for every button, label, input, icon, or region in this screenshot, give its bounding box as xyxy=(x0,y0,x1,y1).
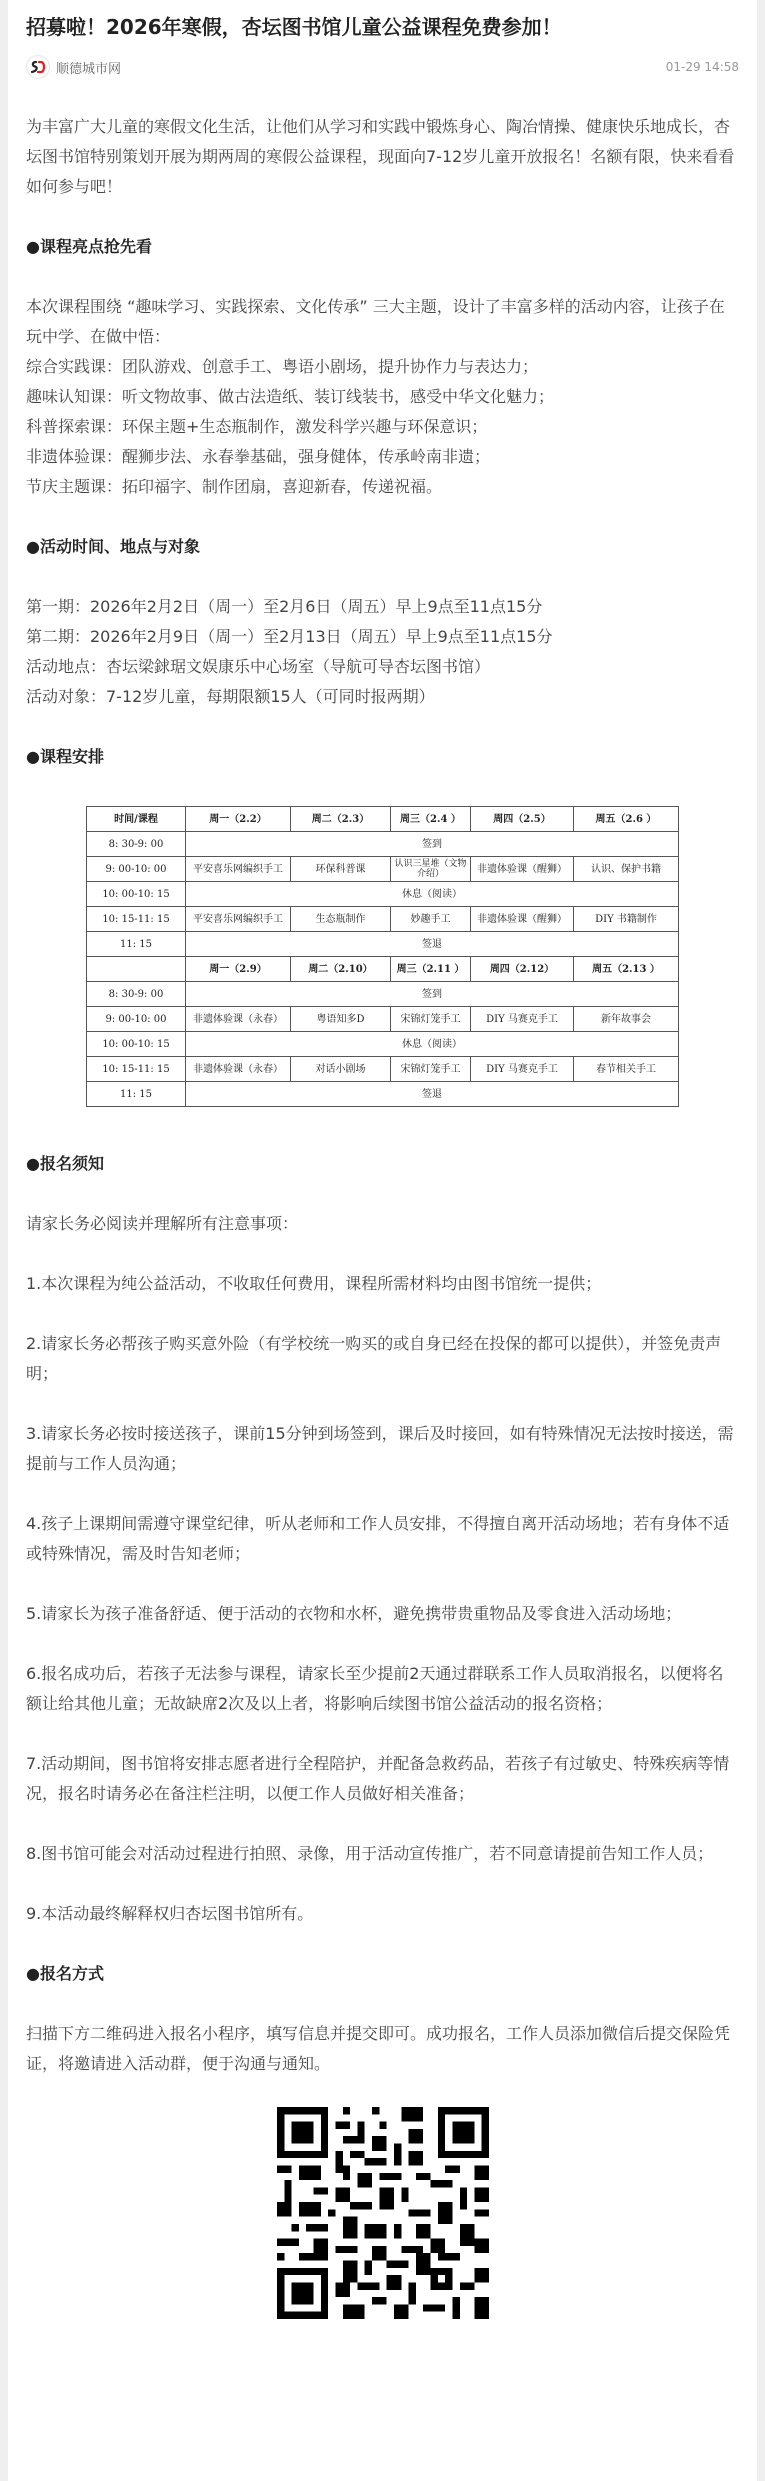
course-cell: 非遗体验课（永春） xyxy=(186,1007,291,1032)
time-place-item: 第一期：2026年2月2日（周一）至2月6日（周五）早上9点至11点15分 xyxy=(26,592,739,622)
table-header-row: 周一（2.9） 周二（2.10） 周三（2.11 ） 周四（2.12） 周五（2… xyxy=(87,957,679,982)
article-card: 招募啦！2026年寒假，杏坛图书馆儿童公益课程免费参加！ 顺德城市网 01-29… xyxy=(8,0,757,2481)
time-cell: 11: 15 xyxy=(87,932,186,957)
notice-item: 8.图书馆可能会对活动过程进行拍照、录像，用于活动宣传推广，若不同意请提前告知工… xyxy=(26,1839,739,1869)
table-row: 11: 15 签退 xyxy=(87,1082,679,1107)
schedule-table: 时间/课程 周一（2.2） 周二（2.3） 周三（2.4 ） 周四（2.5） 周… xyxy=(86,806,679,1107)
section-heading-highlights: ●课程亮点抢先看 xyxy=(26,232,739,262)
course-cell: 生态瓶制作 xyxy=(291,907,391,932)
course-cell: DIY 马赛克手工 xyxy=(471,1057,574,1082)
table-header-cell: 周二（2.10） xyxy=(291,957,391,982)
notice-item: 4.孩子上课期间需遵守课堂纪律，听从老师和工作人员安排，不得擅自离开活动场地；若… xyxy=(26,1509,739,1569)
course-cell: DIY 马赛克手工 xyxy=(471,1007,574,1032)
table-header-cell: 周四（2.12） xyxy=(471,957,574,982)
article-meta: 顺德城市网 01-29 14:58 xyxy=(26,52,739,82)
span-cell: 签到 xyxy=(186,832,679,857)
time-cell: 10: 15-11: 15 xyxy=(87,907,186,932)
highlight-item: 非遗体验课：醒狮步法、永春拳基础，强身健体，传承岭南非遗； xyxy=(26,442,739,472)
table-row: 10: 00-10: 15 休息（阅读） xyxy=(87,1032,679,1057)
section-heading-notice: ●报名须知 xyxy=(26,1149,739,1179)
course-cell: 春节相关手工 xyxy=(574,1057,679,1082)
table-header-cell: 周一（2.2） xyxy=(186,807,291,832)
time-cell: 9: 00-10: 00 xyxy=(87,857,186,882)
table-row: 9: 00-10: 00 平安喜乐网编织手工 环保科普课 认识三星堆（文物介绍）… xyxy=(87,857,679,882)
table-header-cell: 周五（2.13 ） xyxy=(574,957,679,982)
course-cell: 宋锦灯笼手工 xyxy=(391,1057,471,1082)
span-cell: 休息（阅读） xyxy=(186,1032,679,1057)
publish-time: 01-29 14:58 xyxy=(666,60,739,74)
course-cell: 新年故事会 xyxy=(574,1007,679,1032)
table-header-cell: 周二（2.3） xyxy=(291,807,391,832)
table-row: 11: 15 签退 xyxy=(87,932,679,957)
notice-lead: 请家长务必阅读并理解所有注意事项： xyxy=(26,1209,739,1239)
course-cell: 非遗体验课（永春） xyxy=(186,1057,291,1082)
highlight-item: 趣味认知课：听文物故事、做古法造纸、装订线装书，感受中华文化魅力； xyxy=(26,382,739,412)
course-cell: 粤语知多D xyxy=(291,1007,391,1032)
time-cell: 11: 15 xyxy=(87,1082,186,1107)
signup-text: 扫描下方二维码进入报名小程序，填写信息并提交即可。成功报名，工作人员添加微信后提… xyxy=(26,2019,739,2079)
time-place-item: 活动对象：7-12岁儿童，每期限额15人（可同时报两期） xyxy=(26,682,739,712)
time-place-item: 活动地点：杏坛梁銶琚文娱康乐中心场室（导航可导杏坛图书馆） xyxy=(26,652,739,682)
notice-item: 9.本活动最终解释权归杏坛图书馆所有。 xyxy=(26,1899,739,1929)
highlights-lead: 本次课程围绕 “趣味学习、实践探索、文化传承” 三大主题，设计了丰富多样的活动内… xyxy=(26,292,739,352)
course-cell: 宋锦灯笼手工 xyxy=(391,1007,471,1032)
time-cell: 9: 00-10: 00 xyxy=(87,1007,186,1032)
intro-paragraph: 为丰富广大儿童的寒假文化生活，让他们从学习和实践中锻炼身心、陶冶情操、健康快乐地… xyxy=(26,112,739,202)
course-cell: 认识、保护书籍 xyxy=(574,857,679,882)
course-cell: 对话小剧场 xyxy=(291,1057,391,1082)
table-header-cell: 周一（2.9） xyxy=(186,957,291,982)
span-cell: 签到 xyxy=(186,982,679,1007)
course-cell: 非遗体验课（醒狮） xyxy=(471,857,574,882)
table-row: 10: 00-10: 15 休息（阅读） xyxy=(87,882,679,907)
table-header-row: 时间/课程 周一（2.2） 周二（2.3） 周三（2.4 ） 周四（2.5） 周… xyxy=(87,807,679,832)
notice-item: 6.报名成功后，若孩子无法参与课程，请家长至少提前2天通过群联系工作人员取消报名… xyxy=(26,1659,739,1719)
table-header-cell: 时间/课程 xyxy=(87,807,186,832)
table-header-cell: 周五（2.6 ） xyxy=(574,807,679,832)
table-row: 10: 15-11: 15 非遗体验课（永春） 对话小剧场 宋锦灯笼手工 DIY… xyxy=(87,1057,679,1082)
article-title: 招募啦！2026年寒假，杏坛图书馆儿童公益课程免费参加！ xyxy=(26,14,739,40)
notice-item: 1.本次课程为纯公益活动，不收取任何费用，课程所需材料均由图书馆统一提供； xyxy=(26,1269,739,1299)
course-cell: 认识三星堆（文物介绍） xyxy=(391,857,471,882)
sd-logo-icon[interactable] xyxy=(26,55,50,79)
section-heading-schedule: ●课程安排 xyxy=(26,742,739,772)
highlight-item: 综合实践课：团队游戏、创意手工、粤语小剧场，提升协作力与表达力； xyxy=(26,352,739,382)
table-row: 10: 15-11: 15 平安喜乐网编织手工 生态瓶制作 妙趣手工 非遗体验课… xyxy=(87,907,679,932)
source-name[interactable]: 顺德城市网 xyxy=(56,58,121,77)
course-cell: 环保科普课 xyxy=(291,857,391,882)
table-header-cell: 周四（2.5） xyxy=(471,807,574,832)
time-cell: 10: 00-10: 15 xyxy=(87,1032,186,1057)
time-cell: 8: 30-9: 00 xyxy=(87,832,186,857)
course-cell: 平安喜乐网编织手工 xyxy=(186,857,291,882)
span-cell: 休息（阅读） xyxy=(186,882,679,907)
table-header-cell xyxy=(87,957,186,982)
qr-code-icon[interactable] xyxy=(277,2107,489,2319)
table-header-cell: 周三（2.11 ） xyxy=(391,957,471,982)
section-heading-signup: ●报名方式 xyxy=(26,1959,739,1989)
notice-item: 2.请家长务必帮孩子购买意外险（有学校统一购买的或自身已经在投保的都可以提供），… xyxy=(26,1329,739,1389)
highlight-item: 科普探索课：环保主题+生态瓶制作，激发科学兴趣与环保意识； xyxy=(26,412,739,442)
notice-item: 3.请家长务必按时接送孩子，课前15分钟到场签到，课后及时接回，如有特殊情况无法… xyxy=(26,1419,739,1479)
notice-item: 7.活动期间，图书馆将安排志愿者进行全程陪护，并配备急救药品，若孩子有过敏史、特… xyxy=(26,1749,739,1809)
course-cell: DIY 书籍制作 xyxy=(574,907,679,932)
highlight-item: 节庆主题课：拓印福字、制作团扇，喜迎新春，传递祝福。 xyxy=(26,472,739,502)
course-cell: 非遗体验课（醒狮） xyxy=(471,907,574,932)
notice-item: 5.请家长为孩子准备舒适、便于活动的衣物和水杯，避免携带贵重物品及零食进入活动场… xyxy=(26,1599,739,1629)
table-row: 8: 30-9: 00 签到 xyxy=(87,982,679,1007)
span-cell: 签退 xyxy=(186,1082,679,1107)
table-header-cell: 周三（2.4 ） xyxy=(391,807,471,832)
time-place-item: 第二期：2026年2月9日（周一）至2月13日（周五）早上9点至11点15分 xyxy=(26,622,739,652)
span-cell: 签退 xyxy=(186,932,679,957)
course-cell: 平安喜乐网编织手工 xyxy=(186,907,291,932)
time-cell: 8: 30-9: 00 xyxy=(87,982,186,1007)
section-heading-time-place: ●活动时间、地点与对象 xyxy=(26,532,739,562)
table-row: 8: 30-9: 00 签到 xyxy=(87,832,679,857)
course-cell: 妙趣手工 xyxy=(391,907,471,932)
time-cell: 10: 15-11: 15 xyxy=(87,1057,186,1082)
time-cell: 10: 00-10: 15 xyxy=(87,882,186,907)
table-row: 9: 00-10: 00 非遗体验课（永春） 粤语知多D 宋锦灯笼手工 DIY … xyxy=(87,1007,679,1032)
